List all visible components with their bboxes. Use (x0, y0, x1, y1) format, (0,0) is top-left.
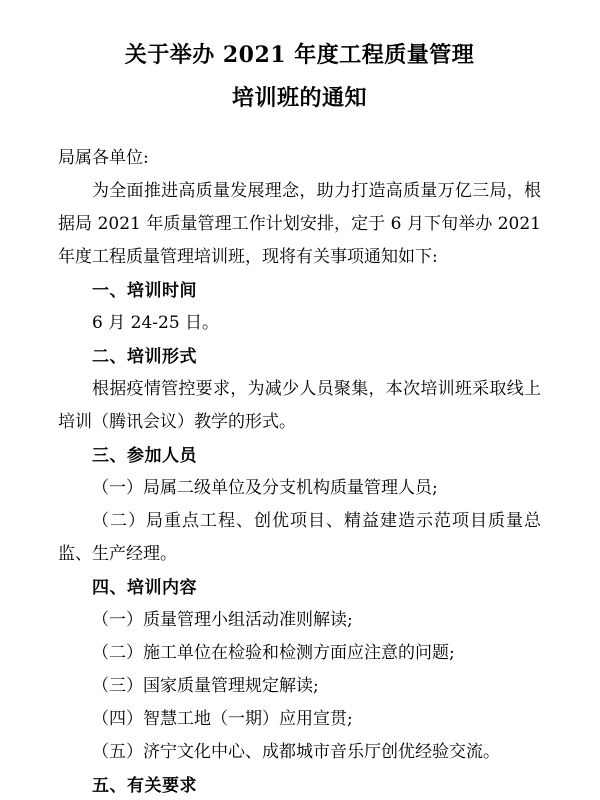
section: 一、培训时间 6 月 24-25 日。 (58, 274, 541, 340)
section-heading: 五、有关要求 (58, 769, 541, 800)
section-paragraph: （五）济宁文化中心、成都城市音乐厅创优经验交流。 (58, 736, 541, 769)
section-body: （一）质量管理小组活动准则解读;（二）施工单位在检验和检测方面应注意的问题;（三… (58, 604, 541, 769)
section-paragraph: （一）局属二级单位及分支机构质量管理人员; (58, 472, 541, 505)
section: 四、培训内容 （一）质量管理小组活动准则解读;（二）施工单位在检验和检测方面应注… (58, 571, 541, 769)
sections: 一、培训时间 6 月 24-25 日。 二、培训形式 根据疫情管控要求，为减少人… (58, 274, 541, 800)
document-title-line2: 培训班的通知 (232, 85, 367, 111)
section-paragraph: 6 月 24-25 日。 (58, 307, 541, 340)
document-page: 关于举办 2021 年度工程质量管理 培训班的通知 局属各单位: 为全面推进高质… (0, 0, 600, 800)
section-body: 6 月 24-25 日。 (58, 307, 541, 340)
section-paragraph: （三）国家质量管理规定解读; (58, 670, 541, 703)
section-body: （一）局属二级单位及分支机构质量管理人员;（二）局重点工程、创优项目、精益建造示… (58, 472, 541, 571)
section-body: 根据疫情管控要求，为减少人员聚集，本次培训班采取线上培训（腾讯会议）教学的形式。 (58, 373, 541, 439)
section-paragraph: （四）智慧工地（一期）应用宣贯; (58, 703, 541, 736)
section-paragraph: 根据疫情管控要求，为减少人员聚集，本次培训班采取线上培训（腾讯会议）教学的形式。 (58, 373, 541, 439)
intro-paragraph: 为全面推进高质量发展理念，助力打造高质量万亿三局，根据局 2021 年质量管理工… (58, 175, 541, 274)
section-heading: 三、参加人员 (58, 439, 541, 472)
section: 二、培训形式 根据疫情管控要求，为减少人员聚集，本次培训班采取线上培训（腾讯会议… (58, 340, 541, 439)
section-heading: 一、培训时间 (58, 274, 541, 307)
document-body: 局属各单位: 为全面推进高质量发展理念，助力打造高质量万亿三局，根据局 2021… (58, 142, 541, 800)
section: 三、参加人员 （一）局属二级单位及分支机构质量管理人员;（二）局重点工程、创优项… (58, 439, 541, 571)
section: 五、有关要求 (58, 769, 541, 800)
document-title: 关于举办 2021 年度工程质量管理 培训班的通知 (58, 34, 541, 120)
section-heading: 二、培训形式 (58, 340, 541, 373)
section-heading: 四、培训内容 (58, 571, 541, 604)
section-paragraph: （二）局重点工程、创优项目、精益建造示范项目质量总监、生产经理。 (58, 505, 541, 571)
section-paragraph: （二）施工单位在检验和检测方面应注意的问题; (58, 637, 541, 670)
salutation: 局属各单位: (58, 142, 541, 175)
section-paragraph: （一）质量管理小组活动准则解读; (58, 604, 541, 637)
document-title-line1: 关于举办 2021 年度工程质量管理 (125, 42, 475, 68)
